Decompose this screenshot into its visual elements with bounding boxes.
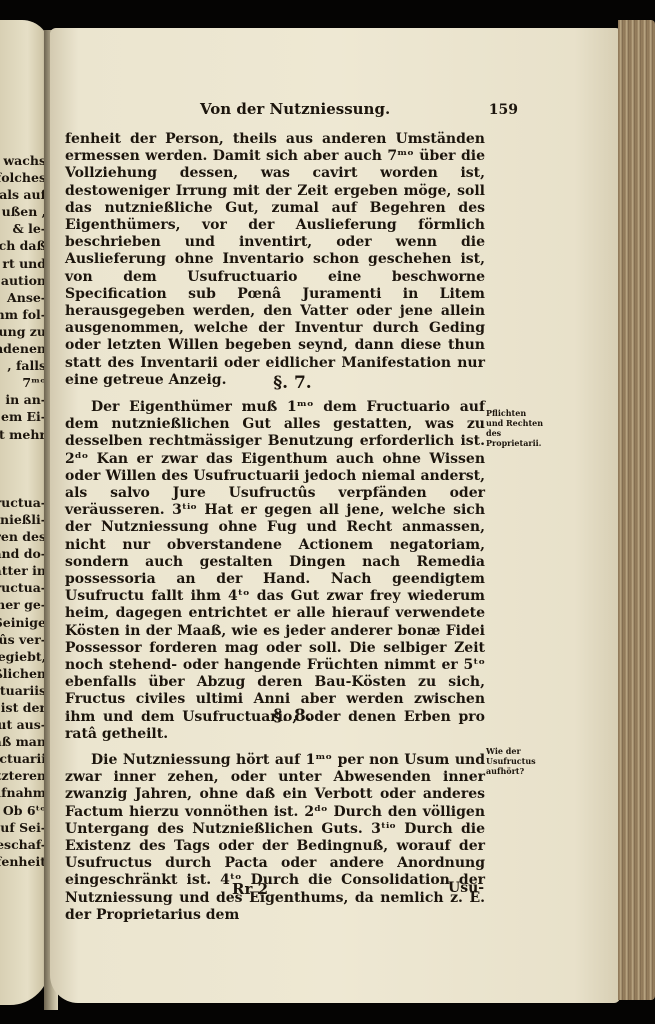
left-page-line: aution [0,272,46,289]
left-page-line [0,477,46,494]
catchword: Usu- [448,880,484,896]
paragraph-text: Der Eigenthümer muß 1ᵐᵒ dem Fructuario a… [65,399,485,743]
left-page-line: Seinige [0,614,46,631]
left-page-line: in an- [0,391,46,408]
left-page-line: ung zu [0,323,46,340]
left-page-line: ner ge- [0,596,46,613]
margin-note-section-7: Pflichten und Rechten des Proprietarii. [486,408,546,448]
left-page-line: ctuarii [0,750,46,767]
left-page-line: znießli- [0,511,46,528]
left-page-line: atter in [0,562,46,579]
left-page-line: folches [0,169,46,186]
section-7-body: Der Eigenthümer muß 1ᵐᵒ dem Fructuario a… [65,399,485,743]
left-page-line: fenheit [0,853,46,870]
left-page-line: Beschaf- [0,836,46,853]
page-number: 159 [489,102,518,118]
left-page-line: Anse- [0,289,46,306]
section-8-body: Die Nutzniessung hört auf 1ᵐᵒ per non Us… [65,752,485,924]
left-page-line: als auf [0,186,46,203]
left-page: wachsfolchesals aufußen ,& le-ch daßrt u… [0,20,50,1005]
signature-mark: Rr 2 [232,880,268,898]
left-page-line: ch daß [0,237,46,254]
paragraph-continuation: fenheit der Person, theils aus anderen U… [65,131,485,389]
section-heading-7: §. 7. [20,373,565,393]
running-title: Von der Nutzniessung. [200,100,390,118]
left-page-line [0,443,46,460]
left-page-line: etzteren [0,767,46,784]
left-page-line: & le- [0,220,46,237]
left-page-line: rt und [0,255,46,272]
left-page-line: ufnahm [0,784,46,801]
paragraph-text: fenheit der Person, theils aus anderen U… [65,131,485,389]
section-heading-8: §. 8. [20,706,565,726]
left-page-line: and do- [0,545,46,562]
page-edges [618,20,655,1000]
left-page-line: , falls [0,357,46,374]
left-page-line: em Ei- [0,408,46,425]
left-page-line: ndenen [0,340,46,357]
left-page-line: ren des [0,528,46,545]
left-page-text: wachsfolchesals aufußen ,& le-ch daßrt u… [0,152,46,870]
left-page-line [0,460,46,477]
left-page-line: t mehr [0,426,46,443]
left-page-line: ructua- [0,494,46,511]
left-page-line: ßlichen [0,665,46,682]
left-page-line: aß man [0,733,46,750]
paragraph-text: Die Nutzniessung hört auf 1ᵐᵒ per non Us… [65,752,485,924]
left-page-line: uf Sei- [0,819,46,836]
left-page-line: wachs [0,152,46,169]
left-page-line: ûs ver- [0,631,46,648]
left-page-line: ußen , [0,203,46,220]
margin-note-section-8: Wie der Usufructus aufhört? [486,746,546,776]
left-page-line: hm fol- [0,306,46,323]
left-page-line: ctuariis [0,682,46,699]
left-page-line: Ob 6ᵗᵒ [0,802,46,819]
left-page-line: ructua- [0,579,46,596]
left-page-line: egiebt, [0,648,46,665]
